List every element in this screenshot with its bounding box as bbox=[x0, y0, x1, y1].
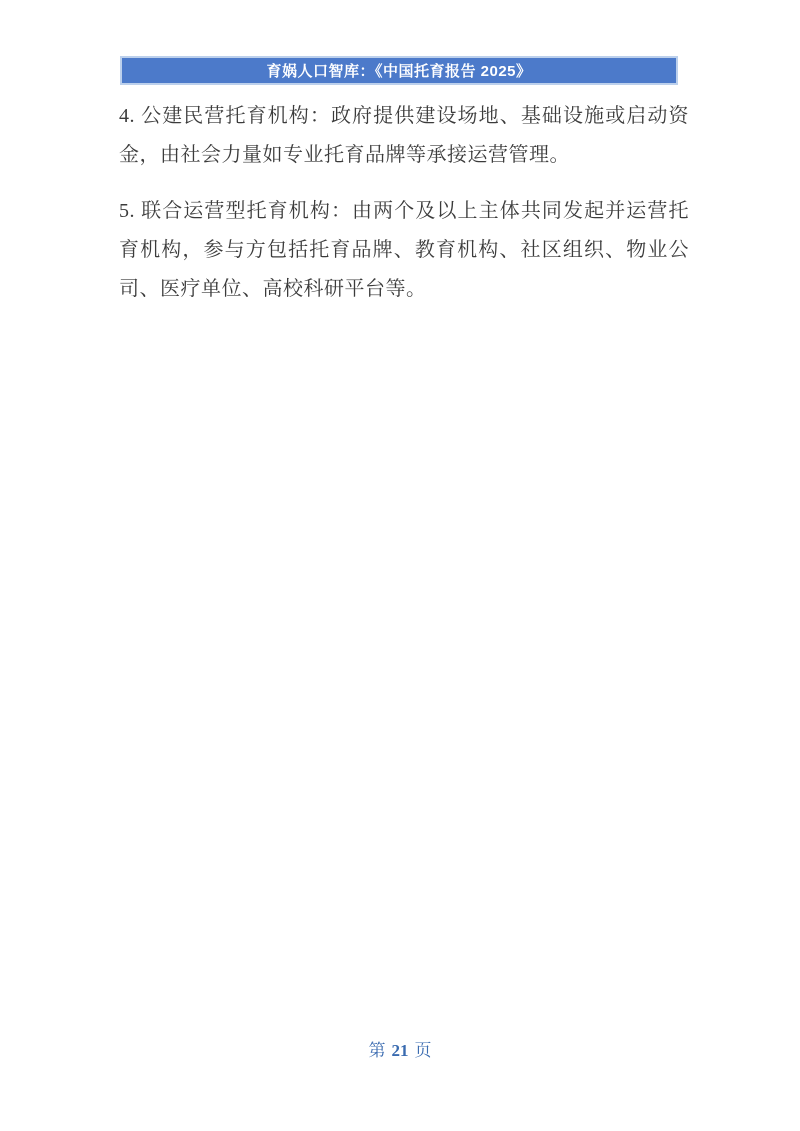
page-number-prefix: 第 bbox=[369, 1041, 386, 1060]
paragraph-item-5: 5. 联合运营型托育机构：由两个及以上主体共同发起并运营托育机构，参与方包括托育… bbox=[119, 192, 689, 309]
body-text: 4. 公建民营托育机构：政府提供建设场地、基础设施或启动资金，由社会力量如专业托… bbox=[119, 97, 689, 309]
page-number-suffix: 页 bbox=[415, 1041, 432, 1060]
header-title: 育娲人口智库：《中国托育报告 2025》 bbox=[266, 60, 531, 81]
document-page: 育娲人口智库：《中国托育报告 2025》 4. 公建民营托育机构：政府提供建设场… bbox=[0, 0, 800, 1131]
paragraph-item-4: 4. 公建民营托育机构：政府提供建设场地、基础设施或启动资金，由社会力量如专业托… bbox=[119, 97, 689, 175]
header-bar: 育娲人口智库：《中国托育报告 2025》 bbox=[120, 56, 678, 85]
page-number: 21 bbox=[392, 1041, 409, 1060]
page-footer: 第21页 bbox=[0, 1038, 800, 1064]
